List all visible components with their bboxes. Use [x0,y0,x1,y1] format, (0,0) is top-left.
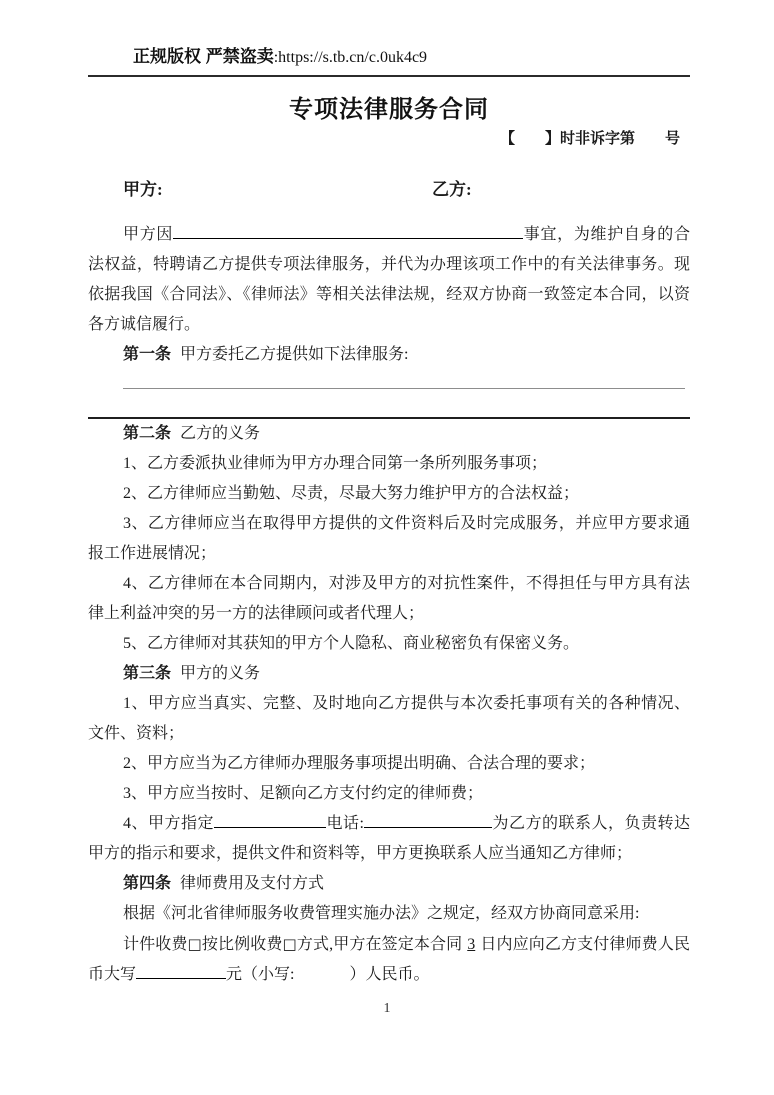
clause-1-heading: 第一条甲方委托乙方提供如下法律服务: [88,340,690,370]
copyright-link[interactable]: :https://s.tb.cn/c.0uk4c9 [274,49,427,66]
intro-paragraph: 甲方因事宜，为维护自身的合法权益，特聘请乙方提供专项法律服务，并代为办理该项工作… [88,220,690,340]
clause-2-item: 1、乙方委派执业律师为甲方办理合同第一条所列服务事项； [88,449,690,479]
clause-2-number: 第二条 [123,425,171,442]
party-b-label: 乙方: [432,175,472,205]
parties-row: 甲方: 乙方: [88,175,690,205]
checkbox-proportional-icon[interactable]: □ [283,935,297,953]
matter-blank-field[interactable] [173,223,523,239]
phone-label: 电话: [326,815,364,832]
intro-tail: 事宜，为维护自身的合法权益，特聘请乙方提供专项法律服务，并代为办理该项工作中的有… [88,226,690,333]
fee-method-suffix: 方式,甲方在签定本合同 [297,936,462,953]
page-number: 1 [0,1000,774,1018]
contact-phone-field[interactable] [364,812,492,828]
document-page: 正规版权 严禁盗卖:https://s.tb.cn/c.0uk4c9 专项法律服… [0,0,774,1095]
clause-4-number: 第四条 [123,875,171,892]
doc-number: 【 】时非诉字第 号 [88,129,690,149]
clause-1-text: 甲方委托乙方提供如下法律服务: [180,346,408,363]
checkbox-piecework-icon[interactable]: □ [188,935,202,953]
amount-unit: 元（小写: [226,966,294,983]
clause-2-heading: 第二条乙方的义务 [88,419,690,449]
contact-lead: 4、甲方指定 [123,815,214,832]
clause-2-item: 5、乙方律师对其获知的甲方个人隐私、商业秘密负有保密义务。 [88,629,690,659]
clause-3-item: 3、甲方应当按时、足额向乙方支付约定的律师费； [88,779,690,809]
fee-method-paragraph: 计件收费□按比例收费□方式,甲方在签定本合同3日内应向乙方支付律师费人民币大写元… [88,929,690,990]
clause-3-number: 第三条 [123,665,171,682]
clause-3-item: 1、甲方应当真实、完整、及时地向乙方提供与本次委托事项有关的各种情况、文件、资料… [88,689,690,749]
intro-lead: 甲方因 [123,226,173,243]
clause-3-text: 甲方的义务 [180,665,260,682]
payment-days-value[interactable]: 3 [462,936,480,953]
amount-capital-field[interactable] [136,963,226,979]
fee-option-proportional: 按比例收费 [202,936,283,953]
clause-3-heading: 第三条甲方的义务 [88,659,690,689]
contact-name-field[interactable] [214,812,326,828]
service-blank-line-1[interactable] [123,388,685,389]
clause-4-text: 律师费用及支付方式 [180,875,324,892]
fee-basis: 根据《河北省律师服务收费管理实施办法》之规定，经双方协商同意采用: [88,899,690,929]
clause-2-item: 3、乙方律师应当在取得甲方提供的文件资料后及时完成服务，并应甲方要求通报工作进展… [88,509,690,569]
clause-3-item: 2、甲方应当为乙方律师办理服务事项提出明确、合法合理的要求； [88,749,690,779]
contract-title: 专项法律服务合同 [88,93,690,127]
fee-option-piecework: 计件收费 [123,936,188,953]
clause-1-number: 第一条 [123,346,171,363]
fee-closing: ）人民币。 [349,966,429,983]
clause-2-item: 2、乙方律师应当勤勉、尽责，尽最大努力维护甲方的合法权益； [88,479,690,509]
party-a-label: 甲方: [123,175,163,205]
clause-3-contact-item: 4、甲方指定电话:为乙方的联系人，负责转达甲方的指示和要求，提供文件和资料等，甲… [88,809,690,869]
clause-2-item: 4、乙方律师在本合同期内，对涉及甲方的对抗性案件，不得担任与甲方具有法律上利益冲… [88,569,690,629]
header-rule [88,75,690,77]
clause-2-text: 乙方的义务 [180,425,260,442]
page-header: 正规版权 严禁盗卖:https://s.tb.cn/c.0uk4c9 [133,46,690,69]
copyright-notice: 正规版权 严禁盗卖 [133,47,274,66]
clause-4-heading: 第四条律师费用及支付方式 [88,869,690,899]
